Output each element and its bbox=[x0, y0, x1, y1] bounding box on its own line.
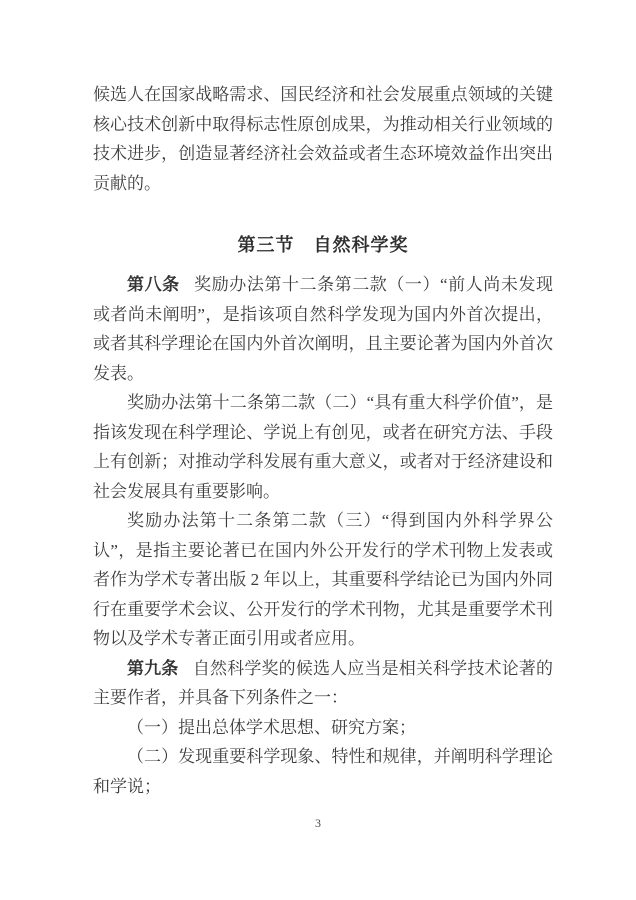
document-page: 候选人在国家战略需求、国民经济和社会发展重点领域的关键核心技术创新中取得标志性原… bbox=[0, 0, 636, 900]
article-text: （二）发现重要科学现象、特性和规律，并阐明科学理论和学说； bbox=[93, 747, 553, 796]
article-text: （一）提出总体学术思想、研究方案； bbox=[127, 718, 416, 737]
page-content: 候选人在国家战略需求、国民经济和社会发展重点领域的关键核心技术创新中取得标志性原… bbox=[0, 0, 636, 801]
article-paragraph: 奖励办法第十二条第二款（三）“得到国内外科学界公认”，是指主要论著已在国内外公开… bbox=[93, 506, 553, 654]
page-number: 3 bbox=[0, 816, 636, 831]
article-number: 第八条 bbox=[127, 275, 180, 294]
article-paragraph: 第九条自然科学奖的候选人应当是相关科学技术论著的主要作者，并具备下列条件之一： bbox=[93, 654, 553, 713]
article-number: 第九条 bbox=[127, 659, 178, 678]
article-text: 奖励办法第十二条第二款（二）“具有重大科学价值”，是指该发现在科学理论、学说上有… bbox=[93, 393, 553, 501]
article-paragraph: 奖励办法第十二条第二款（二）“具有重大科学价值”，是指该发现在科学理论、学说上有… bbox=[93, 388, 553, 506]
continued-paragraph: 候选人在国家战略需求、国民经济和社会发展重点领域的关键核心技术创新中取得标志性原… bbox=[93, 80, 553, 198]
list-item-paragraph: （二）发现重要科学现象、特性和规律，并阐明科学理论和学说； bbox=[93, 742, 553, 801]
article-text: 奖励办法第十二条第二款（三）“得到国内外科学界公认”，是指主要论著已在国内外公开… bbox=[93, 511, 553, 648]
section-heading: 第三节 自然科学奖 bbox=[93, 230, 553, 260]
list-item-paragraph: （一）提出总体学术思想、研究方案； bbox=[93, 713, 553, 743]
article-paragraph: 第八条奖励办法第十二条第二款（一）“前人尚未发现或者尚未阐明”，是指该项自然科学… bbox=[93, 270, 553, 388]
